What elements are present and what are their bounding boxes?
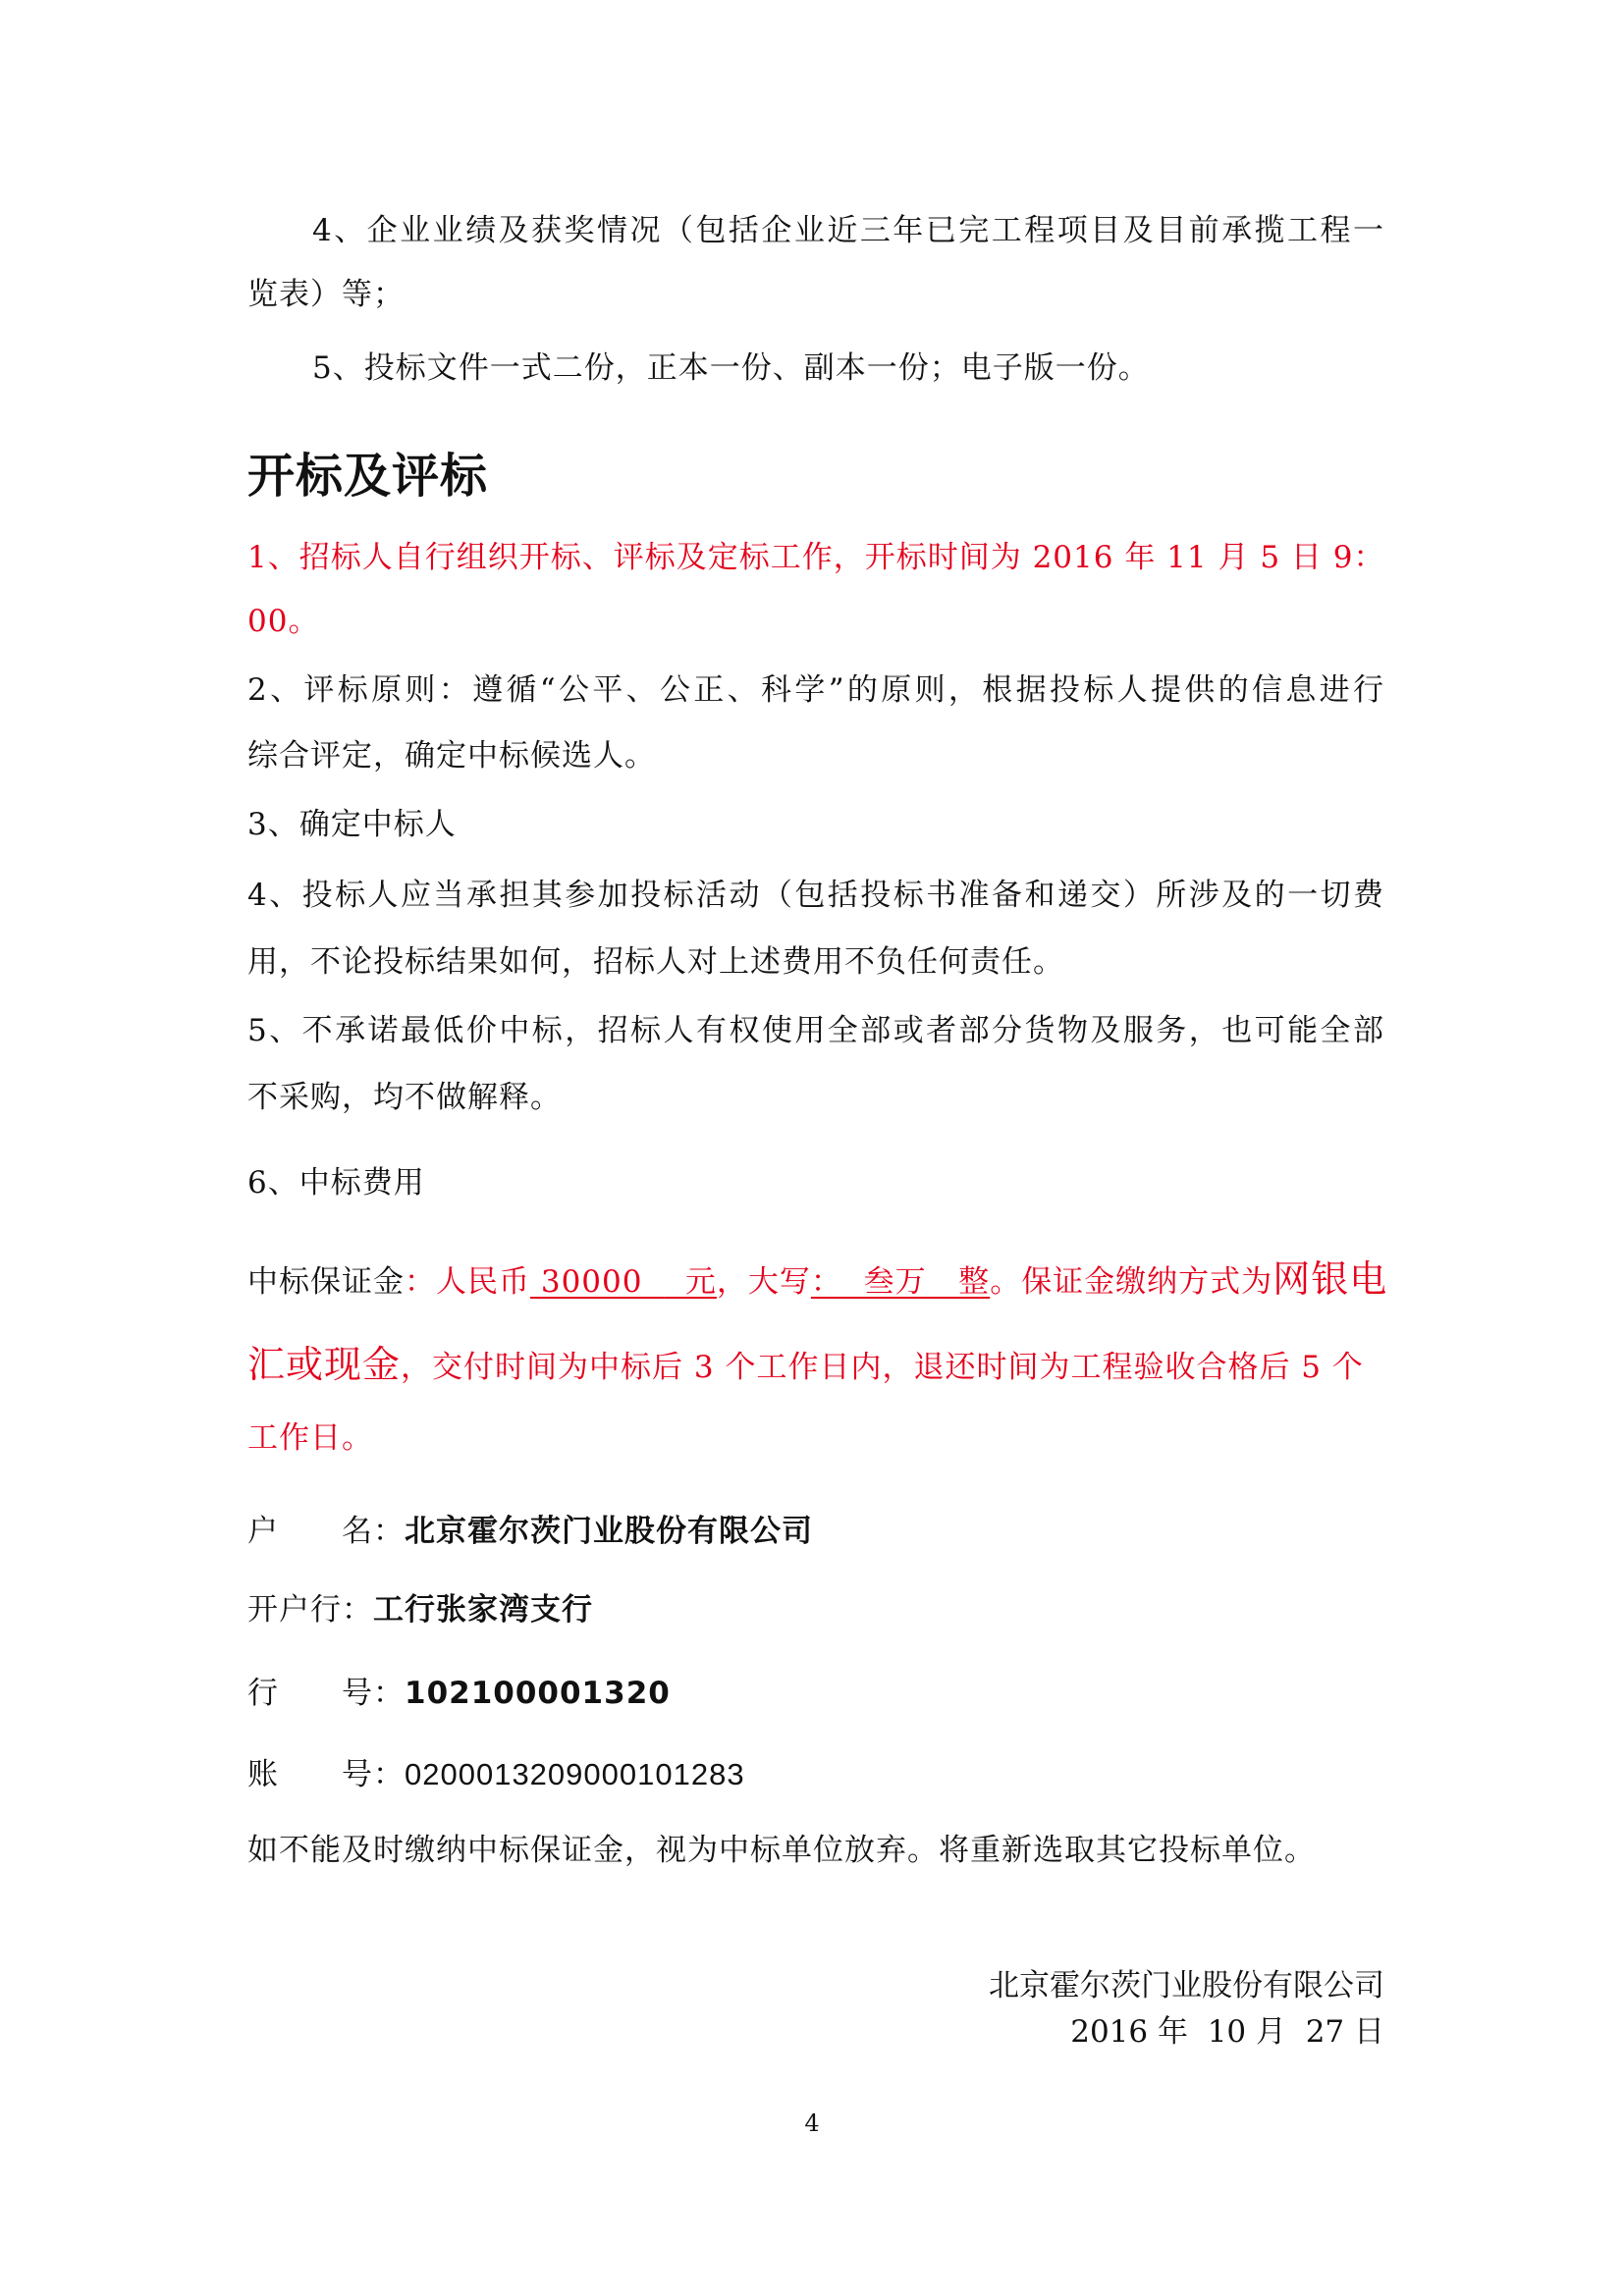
deposit-line-1: 中标保证金：人民币 30000 元，大写： 叁万 整。保证金缴纳方式为网银电 (247, 1259, 1387, 1302)
eval-item-5-line2: 不采购，均不做解释。 (247, 1078, 562, 1117)
deposit-line-2: 汇或现金，交付时间为中标后 3 个工作日内，退还时间为工程验收合格后 5 个 (247, 1345, 1364, 1387)
bank-account-number-label: 账 号： (247, 1755, 405, 1794)
requirement-item-4-line1: 4、企业业绩及获奖情况（包括企业近三年已完工程项目及目前承揽工程一 (312, 211, 1384, 250)
bank-account-number-row: 账 号：0200013209000101283 (247, 1755, 745, 1794)
deposit-amount: 30000 元 (530, 1264, 717, 1300)
deposit-unit: 元 (685, 1264, 717, 1300)
deposit-uppercase-label: 大写 (748, 1264, 811, 1300)
deposit-line-3: 工作日。 (247, 1418, 373, 1458)
deposit-uppercase-value: ： 叁万 整 (811, 1264, 990, 1300)
deposit-currency-prefix: 人民币 (436, 1264, 530, 1300)
eval-item-6: 6、中标费用 (247, 1163, 425, 1202)
page-number: 4 (0, 2109, 1624, 2138)
bank-name-row: 开户行：工行张家湾支行 (247, 1590, 593, 1629)
bank-account-name-label: 户 名： (247, 1512, 405, 1551)
deposit-timing-text: ，交付时间为中标后 3 个工作日内，退还时间为工程验收合格后 5 个 (401, 1350, 1364, 1385)
bank-name-label: 开户行： (247, 1590, 373, 1629)
signature-date: 2016 年 10 月 27 日 (1070, 2012, 1384, 2052)
eval-item-4-line2: 用，不论投标结果如何，招标人对上述费用不负任何责任。 (247, 942, 1064, 982)
eval-item-2-line1: 2、评标原则：遵循“公平、公正、科学”的原则，根据投标人提供的信息进行 (247, 670, 1384, 710)
eval-item-2-line2: 综合评定，确定中标候选人。 (247, 736, 656, 775)
deposit-method-big-2: 汇或现金 (247, 1343, 401, 1386)
deposit-label: 中标保证金 (247, 1264, 405, 1300)
eval-item-1-line1: 1、招标人自行组织开标、评标及定标工作，开标时间为 2016 年 11 月 5 … (247, 538, 1384, 577)
bank-account-name-value: 北京霍尔茨门业股份有限公司 (405, 1514, 813, 1549)
bank-name-value: 工行张家湾支行 (373, 1592, 593, 1628)
deposit-method-big-1: 网银电 (1272, 1257, 1387, 1301)
bank-account-number-value: 0200013209000101283 (405, 1757, 745, 1791)
bank-code-label: 行 号： (247, 1674, 405, 1713)
deposit-amount-value: 30000 (530, 1264, 664, 1300)
signature-company: 北京霍尔茨门业股份有限公司 (989, 1966, 1384, 2005)
bank-account-name-row: 户 名：北京霍尔茨门业股份有限公司 (247, 1512, 813, 1551)
eval-item-1-line2: 00。 (247, 602, 319, 641)
requirement-item-4-line2: 览表）等； (247, 275, 405, 314)
deposit-period: 。 (990, 1264, 1021, 1300)
deposit-colon: ： (405, 1264, 436, 1300)
notice-text: 如不能及时缴纳中标保证金，视为中标单位放弃。将重新选取其它投标单位。 (247, 1831, 1316, 1870)
eval-item-4-line1: 4、投标人应当承担其参加投标活动（包括投标书准备和递交）所涉及的一切费 (247, 876, 1384, 915)
section-heading: 开标及评标 (247, 447, 488, 506)
bank-code-value: 102100001320 (405, 1676, 671, 1711)
bank-code-row: 行 号：102100001320 (247, 1674, 671, 1713)
eval-item-3: 3、确定中标人 (247, 805, 457, 844)
deposit-method-text: 保证金缴纳方式为 (1021, 1264, 1272, 1300)
requirement-item-5: 5、投标文件一式二份，正本一份、副本一份；电子版一份。 (312, 348, 1150, 388)
deposit-comma: ， (717, 1264, 748, 1300)
eval-item-5-line1: 5、不承诺最低价中标，招标人有权使用全部或者部分货物及服务，也可能全部 (247, 1011, 1384, 1050)
